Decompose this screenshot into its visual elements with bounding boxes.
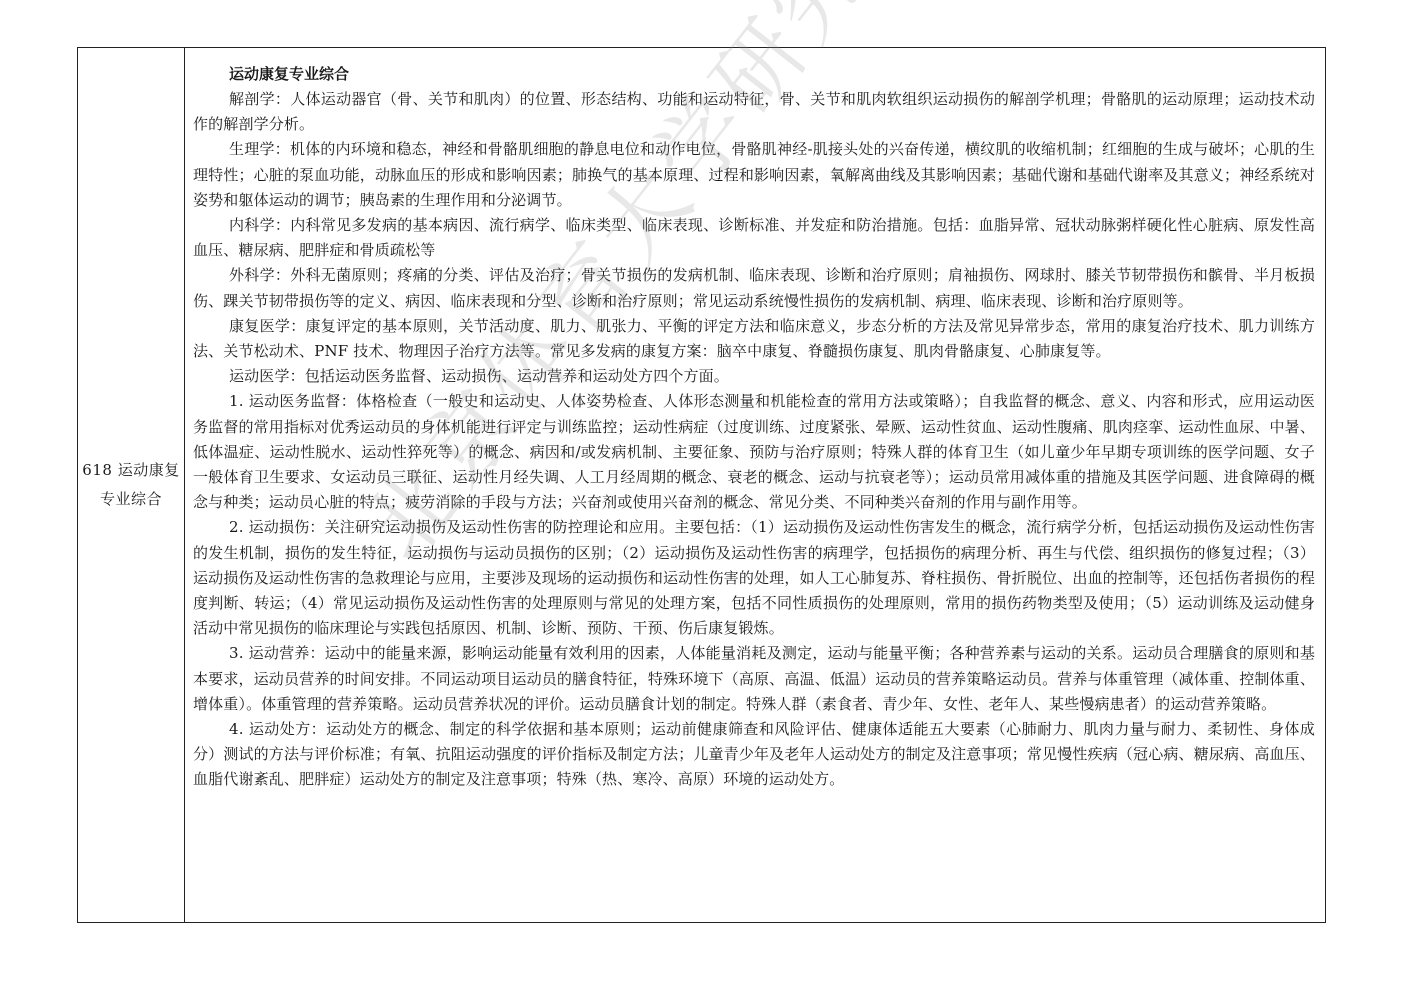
paragraph-sports-medicine: 运动医学：包括运动医务监督、运动损伤、运动营养和运动处方四个方面。 (193, 364, 1315, 389)
content-cell: 运动康复专业综合 解剖学：人体运动器官（骨、关节和肌肉）的位置、形态结构、功能和… (185, 48, 1325, 922)
paragraph-anatomy: 解剖学：人体运动器官（骨、关节和肌肉）的位置、形态结构、功能和运动特征，骨、关节… (193, 87, 1315, 137)
paragraph-sports-injury: 2. 运动损伤：关注研究运动损伤及运动性伤害的防控理论和应用。主要包括：（1）运… (193, 515, 1315, 641)
paragraph-internal-medicine: 内科学：内科常见多发病的基本病因、流行病学、临床类型、临床表现、诊断标准、并发症… (193, 213, 1315, 263)
syllabus-table: 618 运动康复专业综合 运动康复专业综合 解剖学：人体运动器官（骨、关节和肌肉… (77, 47, 1326, 923)
paragraph-exercise-prescription: 4. 运动处方：运动处方的概念、制定的科学依据和基本原则；运动前健康筛查和风险评… (193, 717, 1315, 793)
paragraph-surgery: 外科学：外科无菌原则；疼痛的分类、评估及治疗；骨关节损伤的发病机制、临床表现、诊… (193, 263, 1315, 313)
paragraph-medical-supervision: 1. 运动医务监督：体格检查（一般史和运动史、人体姿势检查、人体形态测量和机能检… (193, 389, 1315, 515)
paragraph-rehabilitation: 康复医学：康复评定的基本原则，关节活动度、肌力、肌张力、平衡的评定方法和临床意义… (193, 314, 1315, 364)
subject-code-label: 618 运动康复专业综合 (78, 456, 184, 514)
paragraph-physiology: 生理学：机体的内环境和稳态，神经和骨骼肌细胞的静息电位和动作电位，骨骼肌神经-肌… (193, 137, 1315, 213)
section-heading: 运动康复专业综合 (193, 62, 1315, 87)
document-page: 618 运动康复专业综合 运动康复专业综合 解剖学：人体运动器官（骨、关节和肌肉… (0, 0, 1403, 992)
paragraph-sports-nutrition: 3. 运动营养：运动中的能量来源，影响运动能量有效利用的因素，人体能量消耗及测定… (193, 641, 1315, 717)
subject-cell: 618 运动康复专业综合 (78, 48, 185, 922)
